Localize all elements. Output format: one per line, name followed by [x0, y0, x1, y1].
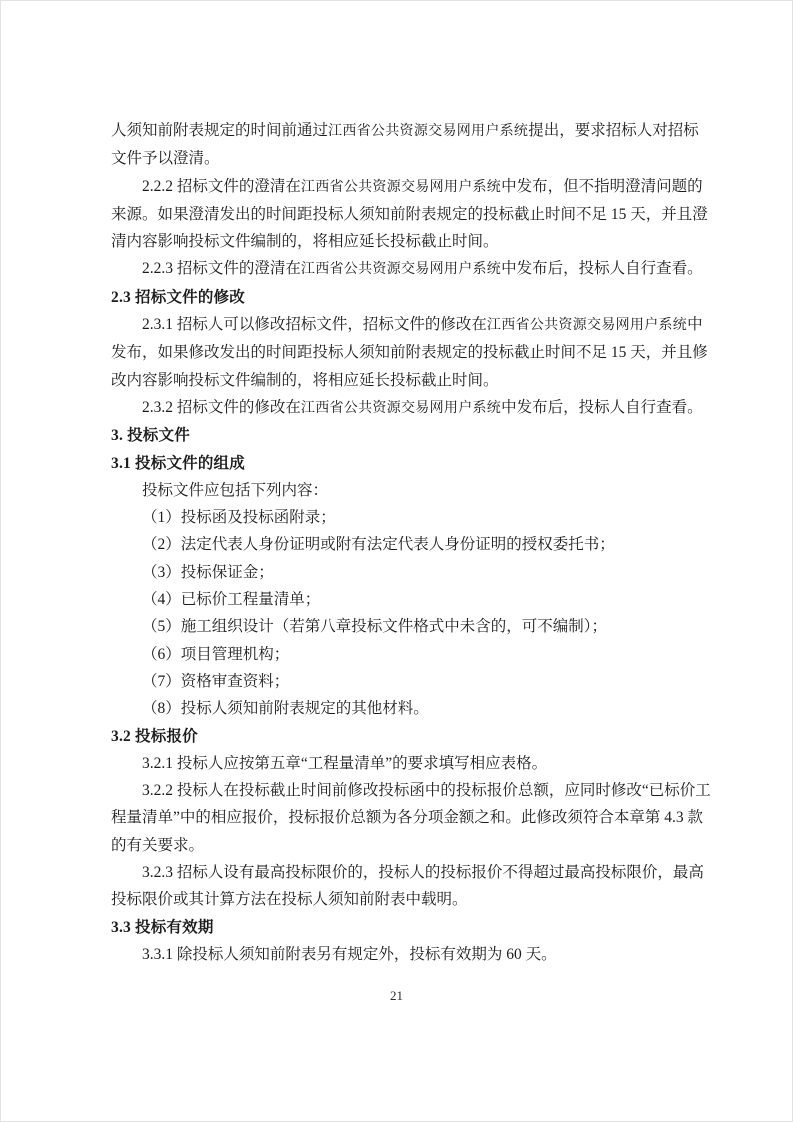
inserted-text-run: 江西省公共资源交易网用户系统 [301, 401, 501, 416]
text-run: 中发布后，投标人自行查看。 [501, 399, 703, 416]
inserted-text-run: 江西省公共资源交易网用户系统 [487, 318, 687, 333]
paragraph: 3.2.2 投标人在投标截止时间前修改投标函中的投标报价总额，应同时修改“已标价… [111, 777, 712, 859]
text-run: 2.3.1 招标人可以修改招标文件，招标文件的修改在 [142, 316, 487, 333]
list-item: （6）项目管理机构； [111, 641, 712, 668]
text-run: 3.2.2 投标人在投标截止时间前修改投标函中的投标报价总额，应同时修改“已标价… [111, 782, 711, 854]
text-run: 3.3.1 除投标人须知前附表另有规定外，投标有效期为 60 天。 [142, 946, 557, 963]
text-run: 3. 投标文件 [111, 427, 190, 444]
paragraph: 投标文件应包括下列内容： [111, 477, 712, 504]
text-run: 3.1 投标文件的组成 [111, 455, 245, 472]
text-run: 3.2.3 招标人设有最高投标限价的，投标人的投标报价不得超过最高投标限价，最高… [111, 864, 704, 908]
text-run: （1）投标函及投标函附录； [142, 509, 336, 526]
list-item: （5）施工组织设计（若第八章投标文件格式中未含的，可不编制）； [111, 613, 712, 640]
text-run: 2.2.2 招标文件的澄清在 [142, 178, 301, 195]
text-run: 3.2.1 投标人应按第五章“工程量清单”的要求填写相应表格。 [142, 755, 547, 772]
text-run: 2.2.3 招标文件的澄清在 [142, 260, 301, 277]
paragraph: 3.3.1 除投标人须知前附表另有规定外，投标有效期为 60 天。 [111, 941, 712, 968]
paragraph: 2.3.2 招标文件的修改在江西省公共资源交易网用户系统中发布后，投标人自行查看… [111, 394, 712, 422]
text-run: 2.3 招标文件的修改 [111, 289, 245, 306]
text-run: （3）投标保证金； [142, 564, 274, 581]
paragraph: 2.3.1 招标人可以修改招标文件，招标文件的修改在江西省公共资源交易网用户系统… [111, 311, 712, 394]
list-item: （7）资格审查资料； [111, 668, 712, 695]
paragraph: 3.2.1 投标人应按第五章“工程量清单”的要求填写相应表格。 [111, 750, 712, 777]
text-run: 投标文件应包括下列内容： [142, 482, 328, 499]
list-item: （1）投标函及投标函附录； [111, 504, 712, 531]
text-run: 人须知前附表规定的时间前通过 [111, 122, 328, 139]
text-run: （8）投标人须知前附表规定的其他材料。 [142, 700, 429, 717]
list-item: （2）法定代表人身份证明或附有法定代表人身份证明的授权委托书； [111, 531, 712, 558]
section-heading: 3. 投标文件 [111, 422, 712, 449]
document-body: 人须知前附表规定的时间前通过江西省公共资源交易网用户系统提出，要求招标人对招标文… [111, 117, 712, 968]
text-run: 3.2 投标报价 [111, 728, 198, 745]
text-run: （4）已标价工程量清单； [142, 591, 320, 608]
text-run: （2）法定代表人身份证明或附有法定代表人身份证明的授权委托书； [142, 536, 615, 553]
inserted-text-run: 江西省公共资源交易网用户系统 [301, 180, 501, 195]
text-run: （5）施工组织设计（若第八章投标文件格式中未含的，可不编制）； [142, 618, 607, 635]
text-run: （7）资格审查资料； [142, 673, 289, 690]
text-run: （6）项目管理机构； [142, 646, 289, 663]
inserted-text-run: 江西省公共资源交易网用户系统 [301, 262, 501, 277]
list-item: （3）投标保证金； [111, 559, 712, 586]
paragraph: 2.2.3 招标文件的澄清在江西省公共资源交易网用户系统中发布后，投标人自行查看… [111, 255, 712, 283]
inserted-text-run: 江西省公共资源交易网用户系统 [328, 124, 528, 139]
text-run: 2.3.2 招标文件的修改在 [142, 399, 301, 416]
section-heading: 2.3 招标文件的修改 [111, 284, 712, 311]
document-page: 人须知前附表规定的时间前通过江西省公共资源交易网用户系统提出，要求招标人对招标文… [0, 0, 793, 1122]
paragraph: 3.2.3 招标人设有最高投标限价的，投标人的投标报价不得超过最高投标限价，最高… [111, 859, 712, 914]
paragraph: 2.2.2 招标文件的澄清在江西省公共资源交易网用户系统中发布，但不指明澄清问题… [111, 173, 712, 256]
section-heading: 3.3 投标有效期 [111, 914, 712, 941]
section-heading: 3.1 投标文件的组成 [111, 450, 712, 477]
text-run: 中发布后，投标人自行查看。 [501, 260, 703, 277]
list-item: （4）已标价工程量清单； [111, 586, 712, 613]
paragraph: 人须知前附表规定的时间前通过江西省公共资源交易网用户系统提出，要求招标人对招标文… [111, 117, 712, 173]
page-number: 21 [390, 988, 403, 1003]
list-item: （8）投标人须知前附表规定的其他材料。 [111, 695, 712, 722]
text-run: 3.3 投标有效期 [111, 919, 214, 936]
page-footer: 21 [1, 987, 792, 1005]
section-heading: 3.2 投标报价 [111, 723, 712, 750]
